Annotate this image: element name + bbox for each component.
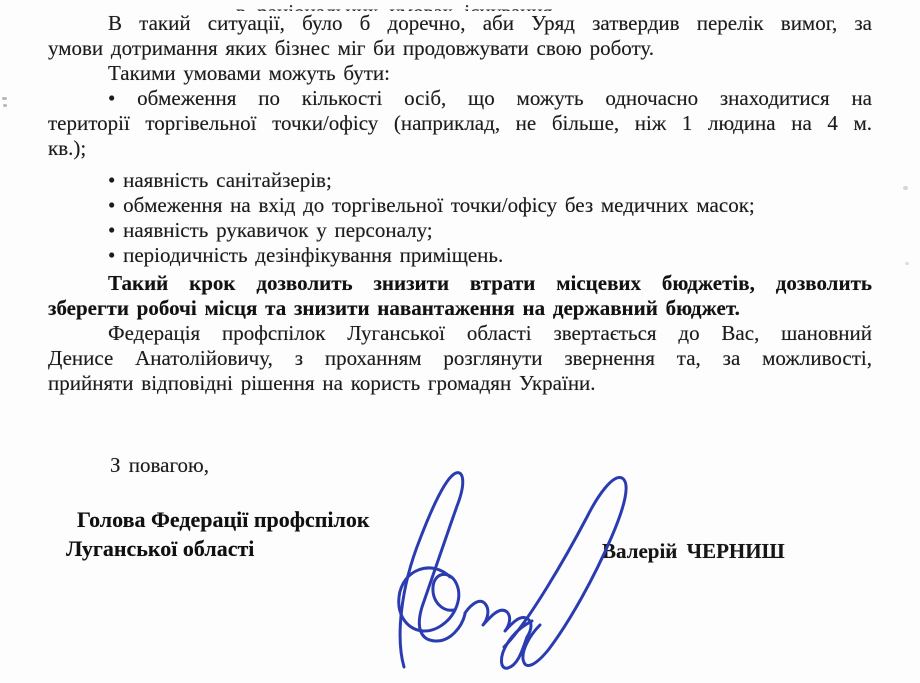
doc-line: • наявність санітайзерів;: [48, 168, 872, 193]
signoff-title: Голова Федерації профспілок Луганської о…: [66, 505, 370, 563]
salutation: З повагою,: [110, 453, 209, 478]
doc-line: Такий крок дозволить знизити втрати місц…: [48, 271, 872, 296]
doc-line: В такий ситуації, було б доречно, аби Ур…: [48, 11, 872, 36]
doc-line: Денисе Анатолійовичу, з проханням розгля…: [48, 346, 872, 371]
doc-line: • періодичність дезінфікування приміщень…: [48, 243, 872, 268]
scan-artifact: [905, 262, 909, 265]
doc-line: • обмеження на вхід до торгівельної точк…: [48, 193, 872, 218]
letter-paragraph-lines: В такий ситуації, було б доречно, аби Ур…: [48, 11, 872, 396]
signoff-title-line1: Голова Федерації профспілок: [66, 505, 370, 534]
doc-line: Такими умовами можуть бути:: [48, 61, 872, 86]
signoff-title-line2: Луганської області: [66, 534, 370, 563]
clipped-top-line: в раціональних умовах існування.: [48, 0, 872, 11]
doc-line: умови дотримання яких бізнес міг би прод…: [48, 36, 872, 61]
scan-artifact: [903, 186, 908, 190]
handwritten-signature: [386, 461, 652, 677]
letter-body: в раціональних умовах існування. В такий…: [48, 0, 872, 396]
doc-line: прийняти відповідні рішення на користь г…: [48, 371, 872, 396]
scan-artifact: [3, 104, 7, 107]
scanned-letter-page: в раціональних умовах існування. В такий…: [0, 0, 920, 683]
doc-line: • наявність рукавичок у персоналу;: [48, 218, 872, 243]
scan-artifact: [2, 97, 7, 100]
doc-line: зберегти робочі місця та знизити наванта…: [48, 296, 872, 321]
doc-line: • обмеження по кількості осіб, що можуть…: [48, 86, 872, 111]
doc-line: кв.);: [48, 136, 872, 161]
doc-line: Федерація профспілок Луганської області …: [48, 321, 872, 346]
doc-line: території торгівельної точки/офісу (напр…: [48, 111, 872, 136]
